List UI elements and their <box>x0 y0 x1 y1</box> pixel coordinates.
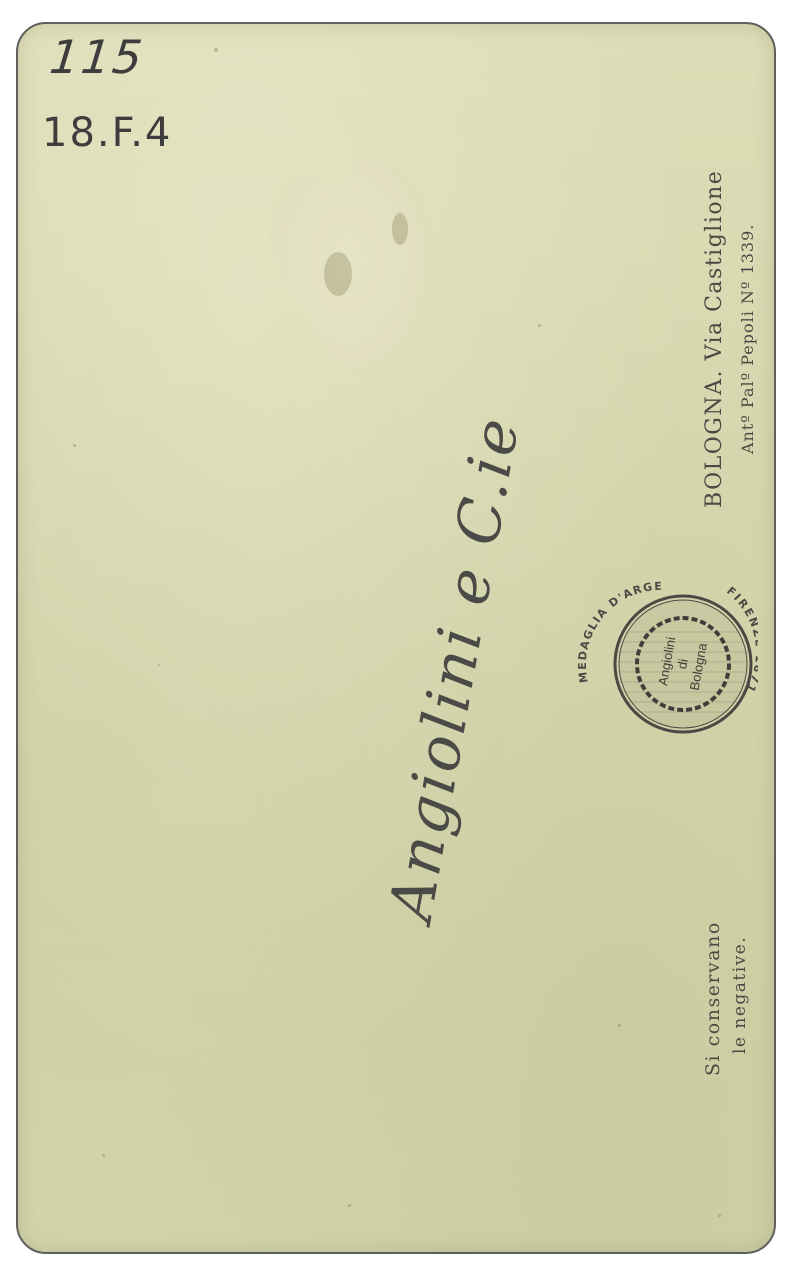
paper-speckle <box>618 1024 621 1027</box>
paper-speckle <box>538 324 541 327</box>
paper-stain <box>260 134 430 384</box>
studio-signature: Angiolini e C.ie <box>376 411 534 926</box>
handwritten-number: 115 <box>47 30 146 84</box>
handwritten-catalog-code: 18.F.4 <box>42 110 172 156</box>
negatives-note-line2: le negative. <box>730 936 750 1054</box>
paper-speckle <box>348 1204 351 1207</box>
studio-address-line2: Antº Palº Pepoli Nº 1339. <box>738 224 757 454</box>
photo-card-back: 115 18.F.4 BOLOGNA. Via Castiglione Antº… <box>16 22 776 1254</box>
paper-speckle <box>73 444 76 447</box>
medal-stamp: Angiolini di Bologna MEDAGLIA D'ARGENTO … <box>558 562 758 762</box>
paper-speckle <box>718 1214 721 1217</box>
studio-address-line1: BOLOGNA. Via Castiglione <box>702 170 727 508</box>
paper-speckle <box>102 1154 105 1157</box>
negatives-note-line1: Si conservano <box>702 921 724 1076</box>
paper-speckle <box>158 664 160 666</box>
paper-speckle <box>214 48 218 52</box>
